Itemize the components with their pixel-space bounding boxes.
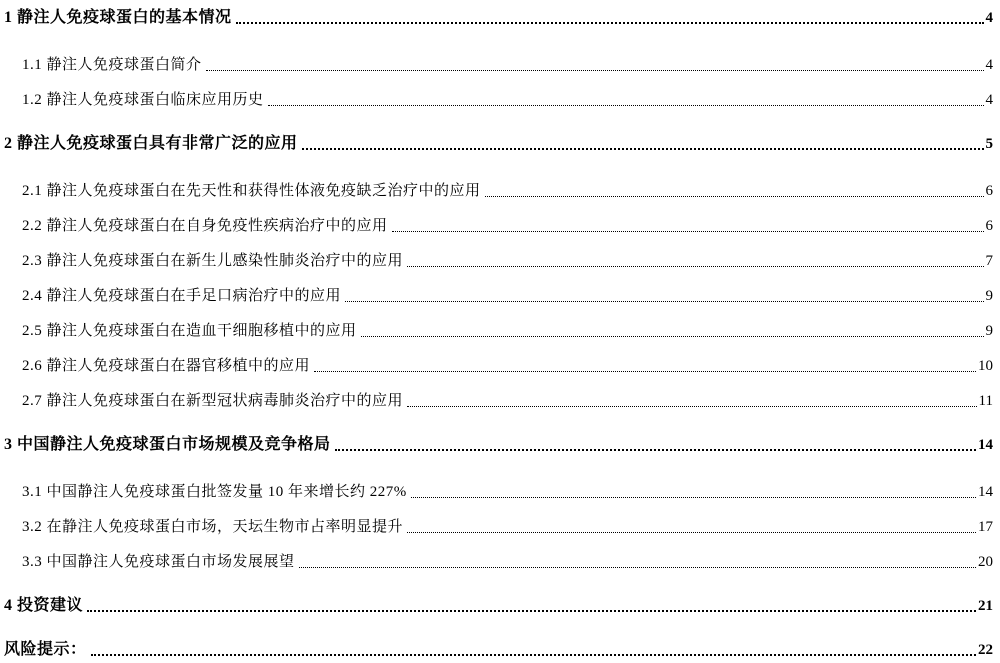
toc-page-number: 10 <box>978 356 993 376</box>
toc-entry-label: 2.4 静注人免疫球蛋白在手足口病治疗中的应用 <box>22 286 341 306</box>
toc-entry-label: 2.3 静注人免疫球蛋白在新生儿感染性肺炎治疗中的应用 <box>22 251 403 271</box>
toc-dotted-leader <box>335 449 976 451</box>
toc-dotted-leader <box>361 336 984 337</box>
toc-page-number: 5 <box>986 134 994 154</box>
toc-entry[interactable]: 2.4 静注人免疫球蛋白在手足口病治疗中的应用 9 <box>4 286 993 306</box>
toc-entry-label: 1 静注人免疫球蛋白的基本情况 <box>4 8 232 28</box>
toc-entry-label: 3 中国静注人免疫球蛋白市场规模及竞争格局 <box>4 435 331 455</box>
toc-page-number: 14 <box>978 435 993 455</box>
toc-entry-label: 2.5 静注人免疫球蛋白在造血干细胞移植中的应用 <box>22 321 357 341</box>
toc-entry[interactable]: 1.2 静注人免疫球蛋白临床应用历史 4 <box>4 90 993 110</box>
toc-entry-label: 1.1 静注人免疫球蛋白简介 <box>22 55 202 75</box>
toc-entry-label: 3.3 中国静注人免疫球蛋白市场发展展望 <box>22 552 295 572</box>
toc-dotted-leader <box>302 148 984 150</box>
toc-entry[interactable]: 1 静注人免疫球蛋白的基本情况 4 <box>4 8 993 28</box>
toc-dotted-leader <box>91 654 976 656</box>
toc-dotted-leader <box>345 301 983 302</box>
toc-page-number: 4 <box>986 90 994 110</box>
toc-entry[interactable]: 2.2 静注人免疫球蛋白在自身免疫性疾病治疗中的应用 6 <box>4 216 993 236</box>
toc-entry-label: 4 投资建议 <box>4 596 83 616</box>
toc-page-number: 11 <box>979 391 993 411</box>
toc-dotted-leader <box>407 532 976 533</box>
toc-dotted-leader <box>392 231 984 232</box>
toc-page-number: 9 <box>986 321 994 341</box>
toc-page: 1 静注人免疫球蛋白的基本情况 4 1.1 静注人免疫球蛋白简介 4 1.2 静… <box>0 0 1000 663</box>
toc-entry-label: 3.1 中国静注人免疫球蛋白批签发量 10 年来增长约 227% <box>22 482 407 502</box>
toc-entry[interactable]: 3 中国静注人免疫球蛋白市场规模及竞争格局 14 <box>4 435 993 455</box>
toc-page-number: 22 <box>978 640 993 660</box>
toc-list: 1 静注人免疫球蛋白的基本情况 4 1.1 静注人免疫球蛋白简介 4 1.2 静… <box>4 8 993 660</box>
toc-page-number: 4 <box>986 8 994 28</box>
toc-entry-label: 2.6 静注人免疫球蛋白在器官移植中的应用 <box>22 356 310 376</box>
toc-dotted-leader <box>407 406 977 407</box>
toc-page-number: 14 <box>978 482 993 502</box>
toc-entry[interactable]: 2.1 静注人免疫球蛋白在先天性和获得性体液免疫缺乏治疗中的应用 6 <box>4 181 993 201</box>
toc-page-number: 17 <box>978 517 993 537</box>
toc-entry-label: 1.2 静注人免疫球蛋白临床应用历史 <box>22 90 264 110</box>
toc-page-number: 21 <box>978 596 993 616</box>
toc-entry-label: 2.2 静注人免疫球蛋白在自身免疫性疾病治疗中的应用 <box>22 216 388 236</box>
toc-dotted-leader <box>268 105 984 106</box>
toc-entry[interactable]: 3.1 中国静注人免疫球蛋白批签发量 10 年来增长约 227% 14 <box>4 482 993 502</box>
toc-entry[interactable]: 风险提示： 22 <box>4 640 993 660</box>
toc-entry[interactable]: 2.3 静注人免疫球蛋白在新生儿感染性肺炎治疗中的应用 7 <box>4 251 993 271</box>
toc-entry[interactable]: 4 投资建议 21 <box>4 596 993 616</box>
toc-entry[interactable]: 2.5 静注人免疫球蛋白在造血干细胞移植中的应用 9 <box>4 321 993 341</box>
toc-entry[interactable]: 2 静注人免疫球蛋白具有非常广泛的应用 5 <box>4 134 993 154</box>
toc-entry[interactable]: 3.2 在静注人免疫球蛋白市场，天坛生物市占率明显提升 17 <box>4 517 993 537</box>
toc-entry-label: 2.7 静注人免疫球蛋白在新型冠状病毒肺炎治疗中的应用 <box>22 391 403 411</box>
toc-entry-label: 2 静注人免疫球蛋白具有非常广泛的应用 <box>4 134 298 154</box>
toc-entry-label: 3.2 在静注人免疫球蛋白市场，天坛生物市占率明显提升 <box>22 517 403 537</box>
toc-entry[interactable]: 2.7 静注人免疫球蛋白在新型冠状病毒肺炎治疗中的应用 11 <box>4 391 993 411</box>
toc-page-number: 20 <box>978 552 993 572</box>
toc-dotted-leader <box>87 610 976 612</box>
toc-dotted-leader <box>299 567 976 568</box>
toc-page-number: 6 <box>986 181 994 201</box>
toc-page-number: 9 <box>986 286 994 306</box>
toc-dotted-leader <box>314 371 976 372</box>
toc-dotted-leader <box>485 196 984 197</box>
toc-entry[interactable]: 1.1 静注人免疫球蛋白简介 4 <box>4 55 993 75</box>
toc-dotted-leader <box>407 266 983 267</box>
toc-dotted-leader <box>411 497 976 498</box>
toc-page-number: 6 <box>986 216 994 236</box>
toc-page-number: 7 <box>986 251 994 271</box>
toc-dotted-leader <box>206 70 984 71</box>
toc-entry[interactable]: 3.3 中国静注人免疫球蛋白市场发展展望 20 <box>4 552 993 572</box>
toc-page-number: 4 <box>986 55 994 75</box>
toc-dotted-leader <box>236 22 984 24</box>
toc-entry-label: 2.1 静注人免疫球蛋白在先天性和获得性体液免疫缺乏治疗中的应用 <box>22 181 481 201</box>
toc-entry-label: 风险提示： <box>4 640 87 660</box>
toc-entry[interactable]: 2.6 静注人免疫球蛋白在器官移植中的应用 10 <box>4 356 993 376</box>
